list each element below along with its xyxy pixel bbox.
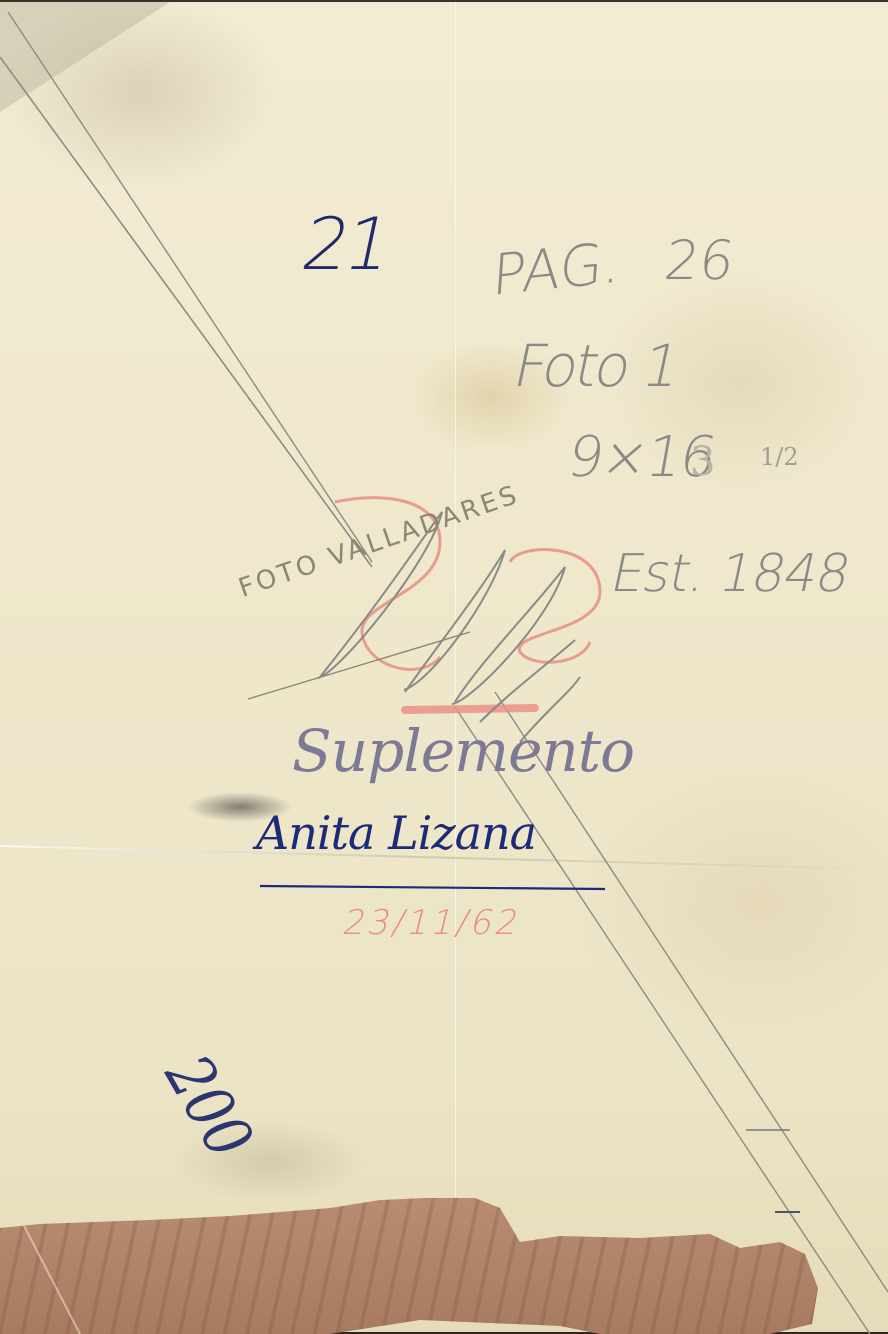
established-note: Est. 1848: [606, 548, 854, 600]
fraction: 1/2: [760, 447, 799, 469]
photo-reverse-side: 21 PAG. 26 Foto 1 9×16 3 1/2 Est. 1848 F…: [0, 0, 888, 1332]
faint-dimensions: 3: [690, 442, 715, 482]
pen-marks: [0, 2, 888, 1332]
page-number: 26: [661, 234, 737, 288]
signature: Anita Lizana: [256, 810, 536, 856]
page-label: PAG.: [490, 235, 622, 305]
date: 23/11/62: [340, 906, 525, 940]
section-label: Suplemento: [292, 722, 634, 780]
adhesive-stain: [0, 1198, 888, 1332]
top-number: 21: [296, 208, 395, 280]
photo-label: Foto 1: [509, 337, 684, 395]
